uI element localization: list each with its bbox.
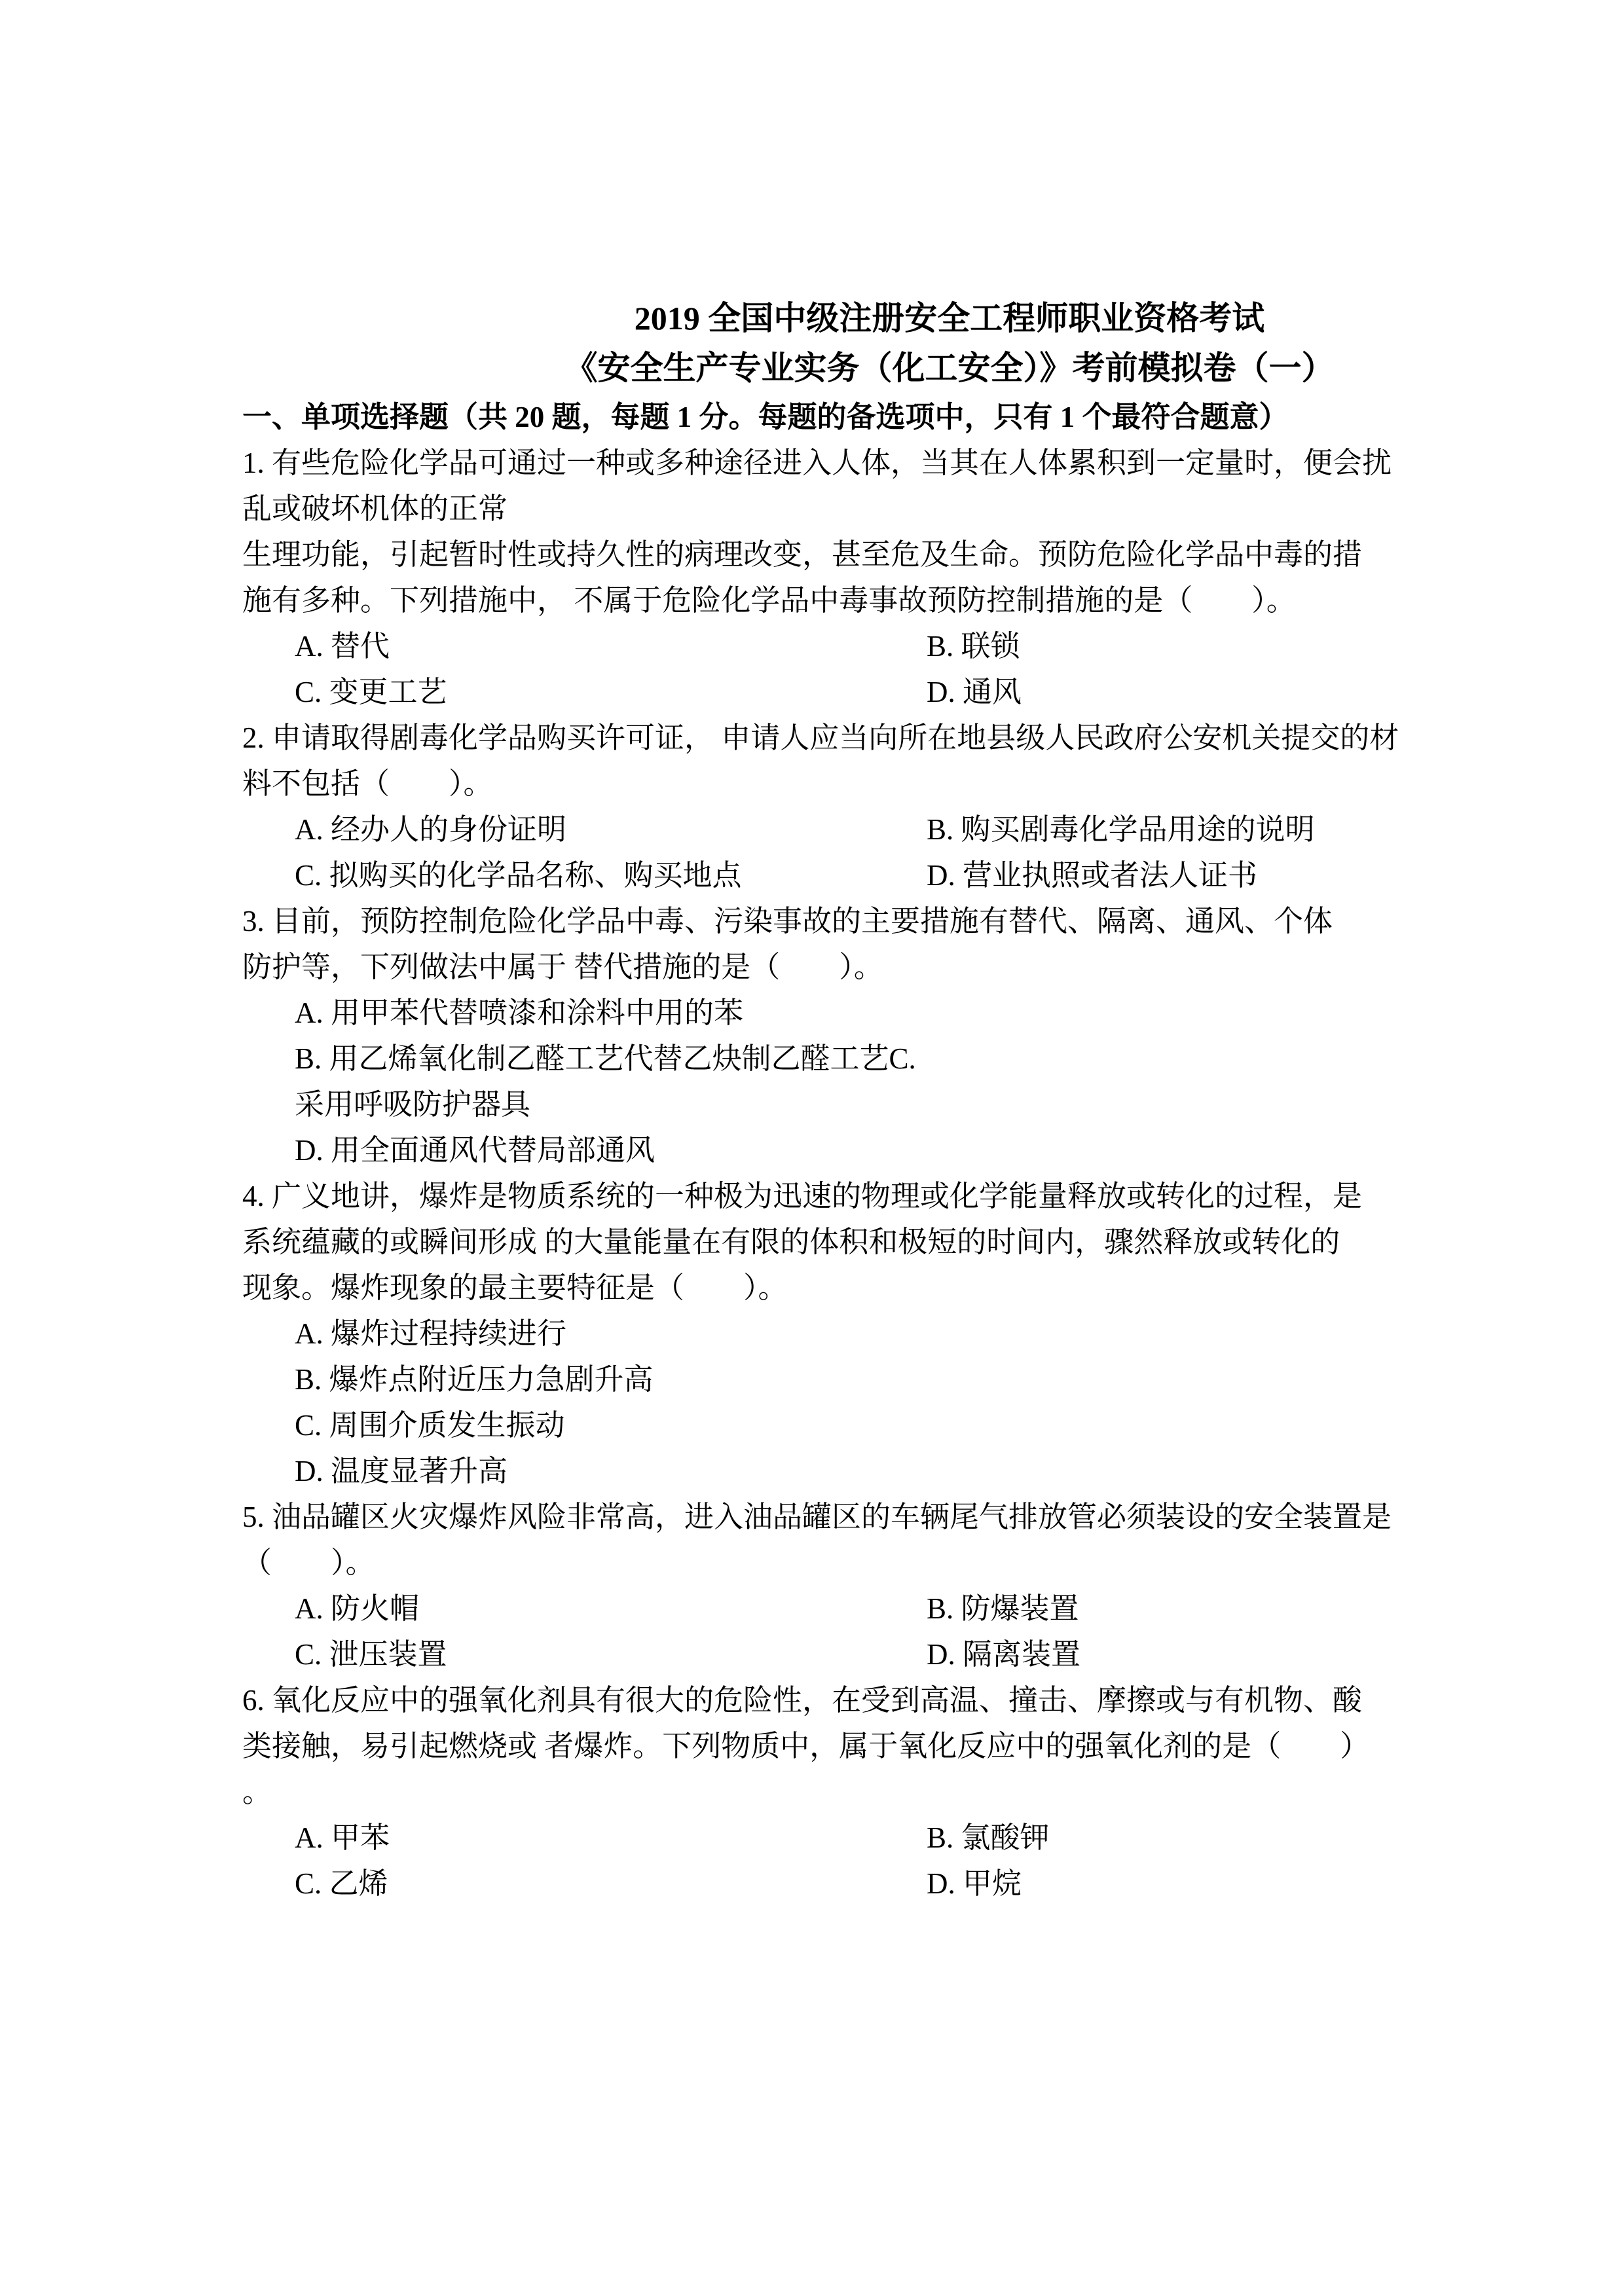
question-2-option-row-cd: C. 拟购买的化学品名称、购买地点 D. 营业执照或者法人证书 (242, 852, 1382, 898)
question-1-option-b: B. 联锁 (927, 623, 1382, 669)
question-4-option-b: B. 爆炸点附近压力急剧升高 (242, 1357, 1382, 1402)
question-3-option-b: B. 用乙烯氧化制乙醛工艺代替乙炔制乙醛工艺C. (242, 1036, 1382, 1082)
question-2-option-row-ab: A. 经办人的身份证明 B. 购买剧毒化学品用途的说明 (242, 807, 1382, 852)
question-6-option-row-ab: A. 甲苯 B. 氯酸钾 (242, 1815, 1382, 1861)
question-5-option-b: B. 防爆装置 (927, 1586, 1382, 1631)
section-1-header: 一、单项选择题（共 20 题，每题 1 分。每题的备选项中，只有 1 个最符合题… (242, 394, 1382, 440)
question-1-option-row-ab: A. 替代 B. 联锁 (242, 623, 1382, 669)
question-6-stem-line-3: 。 (242, 1769, 1382, 1815)
question-6-stem-line-2: 类接触，易引起燃烧或 者爆炸。下列物质中，属于氧化反应中的强氧化剂的是（ ） (242, 1723, 1382, 1769)
question-1-option-c: C. 变更工艺 (242, 669, 927, 715)
question-3-option-d: D. 用全面通风代替局部通风 (242, 1127, 1382, 1173)
question-4-option-d: D. 温度显著升高 (242, 1448, 1382, 1494)
question-3: 3. 目前，预防控制危险化学品中毒、污染事故的主要措施有替代、隔离、通风、个体 … (242, 898, 1382, 1173)
question-3-option-c-continuation: 采用呼吸防护器具 (242, 1082, 1382, 1127)
question-6: 6. 氧化反应中的强氧化剂具有很大的危险性，在受到高温、撞击、摩擦或与有机物、酸… (242, 1677, 1382, 1906)
question-5-option-row-cd: C. 泄压装置 D. 隔离装置 (242, 1631, 1382, 1677)
question-6-option-d: D. 甲烷 (927, 1861, 1382, 1906)
question-5-option-a: A. 防火帽 (242, 1586, 927, 1631)
question-5-stem-line-1: 5. 油品罐区火灾爆炸风险非常高，进入油品罐区的车辆尾气排放管必须装设的安全装置… (242, 1494, 1382, 1540)
question-2-option-a: A. 经办人的身份证明 (242, 807, 927, 852)
question-4-stem-line-3: 现象。爆炸现象的最主要特征是（ ）。 (242, 1265, 1382, 1311)
question-4: 4. 广义地讲，爆炸是物质系统的一种极为迅速的物理或化学能量释放或转化的过程，是… (242, 1173, 1382, 1494)
question-1-option-d: D. 通风 (927, 669, 1382, 715)
question-2-option-c: C. 拟购买的化学品名称、购买地点 (242, 852, 927, 898)
question-5-option-d: D. 隔离装置 (927, 1631, 1382, 1677)
question-5-option-c: C. 泄压装置 (242, 1631, 927, 1677)
question-6-stem-line-1: 6. 氧化反应中的强氧化剂具有很大的危险性，在受到高温、撞击、摩擦或与有机物、酸 (242, 1677, 1382, 1723)
question-1: 1. 有些危险化学品可通过一种或多种途径进入人体，当其在人体累积到一定量时，便会… (242, 440, 1382, 715)
exam-title-line-1: 2019 全国中级注册安全工程师职业资格考试 (517, 293, 1382, 343)
question-1-stem-line-1: 1. 有些危险化学品可通过一种或多种途径进入人体，当其在人体累积到一定量时，便会… (242, 440, 1382, 486)
question-1-option-row-cd: C. 变更工艺 D. 通风 (242, 669, 1382, 715)
question-2-option-b: B. 购买剧毒化学品用途的说明 (927, 807, 1382, 852)
question-6-option-c: C. 乙烯 (242, 1861, 927, 1906)
exam-title-line-2: 《安全生产专业实务（化工安全）》考前模拟卷（一） (517, 343, 1382, 393)
question-5: 5. 油品罐区火灾爆炸风险非常高，进入油品罐区的车辆尾气排放管必须装设的安全装置… (242, 1494, 1382, 1677)
question-1-option-a: A. 替代 (242, 623, 927, 669)
question-2: 2. 申请取得剧毒化学品购买许可证， 申请人应当向所在地县级人民政府公安机关提交… (242, 715, 1382, 898)
question-6-option-b: B. 氯酸钾 (927, 1815, 1382, 1861)
question-5-stem-line-2: （ ）。 (242, 1540, 1382, 1586)
question-6-option-a: A. 甲苯 (242, 1815, 927, 1861)
question-3-option-a: A. 用甲苯代替喷漆和涂料中用的苯 (242, 990, 1382, 1036)
exam-document-page: 2019 全国中级注册安全工程师职业资格考试 《安全生产专业实务（化工安全）》考… (0, 0, 1624, 2296)
question-4-option-a: A. 爆炸过程持续进行 (242, 1311, 1382, 1357)
question-4-option-c: C. 周围介质发生振动 (242, 1402, 1382, 1448)
question-5-option-row-ab: A. 防火帽 B. 防爆装置 (242, 1586, 1382, 1631)
question-4-stem-line-2: 系统蕴藏的或瞬间形成 的大量能量在有限的体积和极短的时间内，骤然释放或转化的 (242, 1219, 1382, 1265)
question-1-stem-line-4: 施有多种。下列措施中， 不属于危险化学品中毒事故预防控制措施的是（ ）。 (242, 577, 1382, 623)
question-3-stem-line-2: 防护等，下列做法中属于 替代措施的是（ ）。 (242, 944, 1382, 990)
question-1-stem-line-2: 乱或破坏机体的正常 (242, 486, 1382, 532)
question-3-stem-line-1: 3. 目前，预防控制危险化学品中毒、污染事故的主要措施有替代、隔离、通风、个体 (242, 898, 1382, 944)
question-2-stem-line-2: 料不包括（ ）。 (242, 761, 1382, 807)
question-1-stem-line-3: 生理功能，引起暂时性或持久性的病理改变，甚至危及生命。预防危险化学品中毒的措 (242, 532, 1382, 577)
question-2-option-d: D. 营业执照或者法人证书 (927, 852, 1382, 898)
question-2-stem-line-1: 2. 申请取得剧毒化学品购买许可证， 申请人应当向所在地县级人民政府公安机关提交… (242, 715, 1382, 761)
question-4-stem-line-1: 4. 广义地讲，爆炸是物质系统的一种极为迅速的物理或化学能量释放或转化的过程，是 (242, 1173, 1382, 1219)
question-6-option-row-cd: C. 乙烯 D. 甲烷 (242, 1861, 1382, 1906)
